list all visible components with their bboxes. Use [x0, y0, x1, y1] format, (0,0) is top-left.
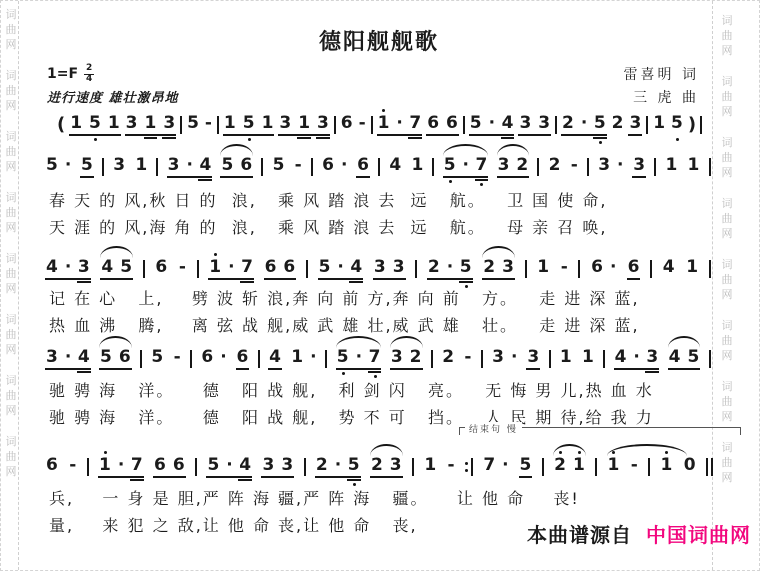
note: 3: [126, 115, 138, 132]
note-group: -: [173, 349, 182, 370]
note: 3: [519, 115, 531, 132]
watermark-char: 词: [3, 251, 19, 266]
bar-stroke: [432, 158, 434, 176]
bar-stroke: [261, 158, 263, 176]
bar-stroke: [603, 350, 605, 368]
note-group: 1·: [290, 349, 317, 370]
note-group: 21: [553, 457, 586, 478]
bar-stroke: [700, 116, 702, 134]
note: 4: [46, 259, 58, 276]
bar-stroke: [711, 458, 713, 476]
note: 4: [350, 259, 362, 276]
note: 3: [629, 115, 641, 132]
note-group: 1: [607, 457, 621, 478]
song-title: 德阳舰舰歌: [45, 25, 713, 56]
time-signature: 2 4: [84, 64, 94, 85]
watermark-char: 曲: [719, 272, 735, 287]
notation-line: 6-1·7665·4332·5231-7·5211-10: [45, 454, 713, 478]
repeat-dot: [465, 462, 468, 465]
bar-stroke: [190, 350, 192, 368]
watermark-char: 曲: [3, 449, 19, 464]
dash-note: -: [179, 259, 186, 276]
note-group: 3: [112, 157, 126, 178]
note: 5: [444, 157, 456, 174]
barline: [304, 458, 306, 476]
dash-note: -: [205, 115, 212, 132]
notation-line: 5·5313·4565-6·6415·7322-3·311: [45, 154, 711, 178]
note: 6: [46, 457, 58, 474]
note: 1: [291, 349, 303, 366]
note-group: -: [358, 115, 367, 136]
note: 5: [319, 259, 331, 276]
note-group: 4·3: [45, 259, 91, 280]
barline: [587, 158, 589, 176]
barline: [578, 260, 580, 278]
augmentation-dot: ·: [65, 157, 71, 174]
barline: [371, 116, 373, 134]
note: 2: [371, 457, 383, 474]
augmentation-dot: ·: [310, 349, 316, 366]
barline: [156, 158, 158, 176]
watermark-char: 网: [3, 403, 19, 418]
dash-note: -: [69, 457, 76, 474]
note: 1: [70, 115, 82, 132]
note: 1: [665, 157, 677, 174]
barline: [415, 260, 417, 278]
slur-arc: [100, 246, 133, 258]
note-group: 2: [548, 157, 562, 178]
note: 5: [594, 115, 606, 132]
note: 6: [173, 457, 185, 474]
note: 3: [279, 115, 291, 132]
note: 4: [78, 349, 90, 366]
note: 2: [442, 349, 454, 366]
bar-stroke: [87, 458, 89, 476]
bar-stroke: [304, 458, 306, 476]
dash-note: -: [464, 349, 471, 366]
dash-note: -: [561, 259, 568, 276]
watermark-char: 网: [719, 43, 735, 58]
note-group: 6: [627, 259, 641, 280]
bar-stroke: [549, 350, 551, 368]
watermark-char: 网: [719, 348, 735, 363]
open-paren: (: [57, 116, 65, 134]
note: 4: [389, 157, 401, 174]
augmentation-dot: ·: [489, 115, 495, 132]
watermark-gap: [719, 241, 735, 257]
augmentation-dot: ·: [511, 349, 517, 366]
bar-stroke: [706, 458, 708, 476]
note-group: 313: [125, 115, 177, 136]
watermark-char: 曲: [719, 333, 735, 348]
note: 1: [99, 457, 111, 474]
note: 5: [337, 349, 349, 366]
lyrics-line-verse2: 天 涯 的 风,海 角 的 浪, 乘 风 踏 浪 去 远 航。 母 亲 召 唤,: [49, 218, 729, 237]
bar-stroke: [102, 158, 104, 176]
note-group: 4: [662, 259, 676, 280]
barline: [325, 350, 327, 368]
watermark-char: 网: [719, 165, 735, 180]
note-group: 0: [683, 457, 697, 478]
ending-label: 结束句 慢: [465, 422, 522, 435]
note-group: 23: [482, 259, 515, 280]
note-group: 6·: [590, 259, 617, 280]
note: 5: [520, 457, 532, 474]
watermark-char: 词: [719, 257, 735, 272]
note: 3: [527, 349, 539, 366]
note-group: 66: [153, 457, 186, 478]
note: 1: [653, 115, 665, 132]
note: 3: [113, 157, 125, 174]
note: 3: [390, 457, 402, 474]
barline: [412, 458, 414, 476]
note-group: 3·4: [167, 157, 213, 178]
dash-note: -: [631, 457, 638, 474]
note: 1: [582, 349, 594, 366]
note: 1: [108, 115, 120, 132]
bar-stroke: [481, 350, 483, 368]
note-group: 66: [426, 115, 459, 136]
slur-arc: [220, 144, 253, 156]
barline: [646, 116, 648, 134]
watermark-char: 曲: [3, 388, 19, 403]
watermark-gap: [719, 363, 735, 379]
note-group: 5: [80, 157, 94, 178]
barline: [463, 116, 465, 134]
augmentation-dot: ·: [118, 457, 124, 474]
note: 5: [100, 349, 112, 366]
lyricist-credit: 雷喜明 词: [624, 64, 699, 84]
note: 4: [663, 259, 675, 276]
note: 6: [341, 115, 353, 132]
note: 5: [207, 457, 219, 474]
note: 5: [470, 115, 482, 132]
barline: [217, 116, 219, 134]
note-group: -: [463, 349, 472, 370]
note: 1: [135, 157, 147, 174]
note-group: 6: [45, 457, 59, 478]
note: 3: [393, 259, 405, 276]
note-group: 1: [410, 157, 424, 178]
note-group: 23: [370, 457, 403, 478]
augmentation-dot: ·: [341, 157, 347, 174]
bar-stroke: [415, 260, 417, 278]
barline: [555, 116, 557, 134]
note: 7: [483, 457, 495, 474]
note: 2: [316, 457, 328, 474]
lyrics-line-verse1: 兵, 一 身 是 胆,严 阵 海 疆,严 阵 海 疆。 让 他 命 丧!: [49, 489, 729, 508]
note-group: 5: [670, 115, 684, 136]
note-group: 6·: [321, 157, 348, 178]
note: 7: [369, 349, 381, 366]
augmentation-dot: ·: [356, 349, 362, 366]
note-group: -: [630, 457, 639, 478]
note-group: 2·5: [561, 115, 607, 136]
note: 3: [317, 115, 329, 132]
note-group: 1·7: [377, 115, 423, 136]
note: 1: [378, 115, 390, 132]
note-group: 1: [559, 349, 573, 370]
watermark-char: 词: [3, 190, 19, 205]
repeat-barline: [465, 458, 473, 476]
barline: [549, 350, 551, 368]
note: 3: [646, 349, 658, 366]
note: 1: [608, 457, 620, 474]
bar-stroke: [140, 350, 142, 368]
watermark-char: 网: [3, 159, 19, 174]
barline: [306, 260, 308, 278]
note: 3: [633, 157, 645, 174]
slur-arc: [390, 336, 423, 348]
note: 3: [498, 157, 510, 174]
bar-stroke: [371, 116, 373, 134]
watermark-char: 词: [719, 13, 735, 28]
watermark-char: 网: [3, 281, 19, 296]
bar-stroke: [334, 116, 336, 134]
bar-stroke: [542, 458, 544, 476]
bar-stroke: [650, 260, 652, 278]
note: 5: [221, 157, 233, 174]
watermark-char: 网: [3, 220, 19, 235]
note: 5: [348, 457, 360, 474]
barline: [261, 158, 263, 176]
barline: [195, 458, 197, 476]
note-group: 6: [356, 157, 370, 178]
note-group: -: [570, 157, 579, 178]
note-group: 4·3: [614, 349, 660, 370]
note-group: 3·4: [45, 349, 91, 370]
note: 2: [562, 115, 574, 132]
note: 3: [78, 259, 90, 276]
note-group: 45: [668, 349, 701, 370]
note-group: 1: [423, 457, 437, 478]
note-group: 32: [390, 349, 423, 370]
note-group: 151: [69, 115, 121, 136]
note-group: 66: [264, 259, 297, 280]
ending-bracket: 结束句 慢: [459, 427, 741, 435]
note-group: 2·5: [427, 259, 473, 280]
augmentation-dot: ·: [220, 349, 226, 366]
notation-line: 3·4565-6·641·5·7322-3·3114·345: [45, 346, 711, 370]
note: 5: [671, 115, 683, 132]
watermark-char: 词: [3, 434, 19, 449]
augmentation-dot: ·: [617, 157, 623, 174]
score-page: 词曲网词曲网词曲网词曲网词曲网词曲网词曲网词曲网 词曲网词曲网词曲网词曲网词曲网…: [0, 0, 760, 571]
watermark-char: 曲: [3, 83, 19, 98]
bar-stroke: [311, 158, 313, 176]
note: 6: [591, 259, 603, 276]
note-group: 1: [581, 349, 595, 370]
note: 6: [201, 349, 213, 366]
watermark-gap: [3, 235, 19, 251]
note-group: 5·4: [318, 259, 364, 280]
watermark-char: 词: [3, 7, 19, 22]
close-paren: ): [688, 116, 696, 134]
note-group: 1: [652, 115, 666, 136]
dash-note: -: [571, 157, 578, 174]
bar-stroke: [412, 458, 414, 476]
bar-stroke: [525, 260, 527, 278]
watermark-char: 网: [719, 470, 735, 485]
augmentation-dot: ·: [581, 115, 587, 132]
augmentation-dot: ·: [335, 457, 341, 474]
slur-arc: [370, 444, 403, 456]
note: 3: [492, 349, 504, 366]
composer-credit: 三 虎 曲: [633, 87, 699, 107]
note-group: 6: [236, 349, 250, 370]
note-group: 6: [154, 259, 168, 280]
watermark-char: 曲: [719, 150, 735, 165]
note: 1: [262, 115, 274, 132]
note-group: 5·7: [336, 349, 382, 370]
watermark-gap: [3, 174, 19, 190]
note-group: 56: [220, 157, 253, 178]
watermark-gap: [3, 113, 19, 129]
barline: [87, 458, 89, 476]
barline: [143, 260, 145, 278]
note-group: 45: [100, 259, 133, 280]
repeat-dot: [465, 469, 468, 472]
augmentation-dot: ·: [226, 457, 232, 474]
note: 1: [537, 259, 549, 276]
source-line: 本曲谱源自中国词曲网: [527, 519, 751, 548]
lyrics-line-verse2: 热 血 沸 腾, 离 弦 战 舰,威 武 雄 壮,威 武 雄 壮。 走 进 深 …: [49, 316, 729, 335]
note: 6: [155, 259, 167, 276]
note-group: 313: [278, 115, 330, 136]
note: 1: [298, 115, 310, 132]
watermark-char: 网: [3, 98, 19, 113]
barline: [603, 350, 605, 368]
note: 6: [446, 115, 458, 132]
note: 7: [241, 259, 253, 276]
note-group: -: [68, 457, 77, 478]
source-site-link[interactable]: 中国词曲网: [646, 523, 751, 547]
bar-stroke: [180, 116, 182, 134]
note: 2: [428, 259, 440, 276]
watermark-char: 词: [3, 129, 19, 144]
note: 1: [686, 259, 698, 276]
watermark-char: 曲: [3, 144, 19, 159]
note-group: 2: [611, 115, 625, 136]
lyrics-line-verse1: 春 天 的 风,秋 日 的 浪, 乘 风 踏 浪 去 远 航。 卫 国 使 命,: [49, 191, 729, 210]
note: 6: [427, 115, 439, 132]
bar-stroke: [431, 350, 433, 368]
note-group: 32: [497, 157, 530, 178]
note: 3: [46, 349, 58, 366]
barline: [334, 116, 336, 134]
note: 3: [374, 259, 386, 276]
note: 1: [660, 457, 672, 474]
watermark-gap: [3, 479, 19, 495]
barline: [180, 116, 182, 134]
watermark-char: 曲: [3, 327, 19, 342]
watermark-char: 曲: [3, 266, 19, 281]
note-group: 5·4: [469, 115, 515, 136]
bar-stroke: [463, 116, 465, 134]
note-group: 2·5: [315, 457, 361, 478]
note-group: 1: [687, 157, 701, 178]
slur-arc: [443, 144, 489, 156]
watermark-char: 词: [3, 312, 19, 327]
bar-stroke: [537, 158, 539, 176]
note: 5: [151, 349, 163, 366]
note: 3: [538, 115, 550, 132]
note: 4: [199, 157, 211, 174]
note: 1: [224, 115, 236, 132]
barline: [525, 260, 527, 278]
note-group: 6·: [200, 349, 227, 370]
notation-line: (1513135-1513136-1·7665·4332·52315): [57, 112, 702, 136]
augmentation-dot: ·: [396, 115, 402, 132]
lyrics-line-verse2: 驰 骋 海 洋。 德 阳 战 舰, 势 不 可 挡。 人 民 期 待,给 我 力: [49, 408, 729, 427]
barline: [648, 458, 650, 476]
dash-note: -: [174, 349, 181, 366]
bar-stroke: [555, 116, 557, 134]
watermark-gap: [3, 418, 19, 434]
note-group: 5: [272, 157, 286, 178]
barline: [432, 158, 434, 176]
note-group: 33: [518, 115, 551, 136]
watermark-char: 词: [719, 440, 735, 455]
watermark-char: 词: [719, 135, 735, 150]
note-group: -: [204, 115, 213, 136]
note: 3: [281, 457, 293, 474]
augmentation-dot: ·: [186, 157, 192, 174]
note: 2: [612, 115, 624, 132]
source-prefix: 本曲谱源自: [527, 523, 632, 547]
note: 6: [119, 349, 131, 366]
note-group: -: [294, 157, 303, 178]
barline: [311, 158, 313, 176]
bar-stroke: [143, 260, 145, 278]
note: 5: [273, 157, 285, 174]
note-group: 1: [134, 157, 148, 178]
note-group: 5: [186, 115, 200, 136]
bar-stroke: [378, 158, 380, 176]
augmentation-dot: ·: [228, 259, 234, 276]
note: 5: [243, 115, 255, 132]
tempo-marking: 进行速度 雄壮激昂地: [47, 87, 179, 106]
watermark-char: 曲: [719, 455, 735, 470]
note: 1: [573, 457, 585, 474]
barline: [140, 350, 142, 368]
final-barline: [706, 458, 713, 476]
bar-stroke: [709, 350, 711, 368]
augmentation-dot: ·: [463, 157, 469, 174]
note: 5: [46, 157, 58, 174]
note-group: 7·: [482, 457, 509, 478]
barline: [258, 350, 260, 368]
watermark-gap: [719, 58, 735, 74]
note: 5: [120, 259, 132, 276]
lyrics-line-verse1: 记 在 心 上, 劈 波 斩 浪,奔 向 前 方,奔 向 前 方。 走 进 深 …: [49, 289, 729, 308]
note: 2: [410, 349, 422, 366]
note-group: 3: [628, 115, 642, 136]
note: 6: [628, 259, 640, 276]
note: 3: [163, 115, 175, 132]
note: 3: [262, 457, 274, 474]
lyrics-line-verse1: 驰 骋 海 洋。 德 阳 战 舰, 利 剑 闪 亮。 无 悔 男 儿,热 血 水: [49, 381, 729, 400]
note-group: -: [447, 457, 456, 478]
bar-stroke: [648, 458, 650, 476]
note-group: 3: [632, 157, 646, 178]
barline: [709, 350, 711, 368]
note-group: 151: [223, 115, 275, 136]
barline: [709, 260, 711, 278]
note: 6: [357, 157, 369, 174]
note-group: 1: [659, 457, 673, 478]
barline: [190, 350, 192, 368]
